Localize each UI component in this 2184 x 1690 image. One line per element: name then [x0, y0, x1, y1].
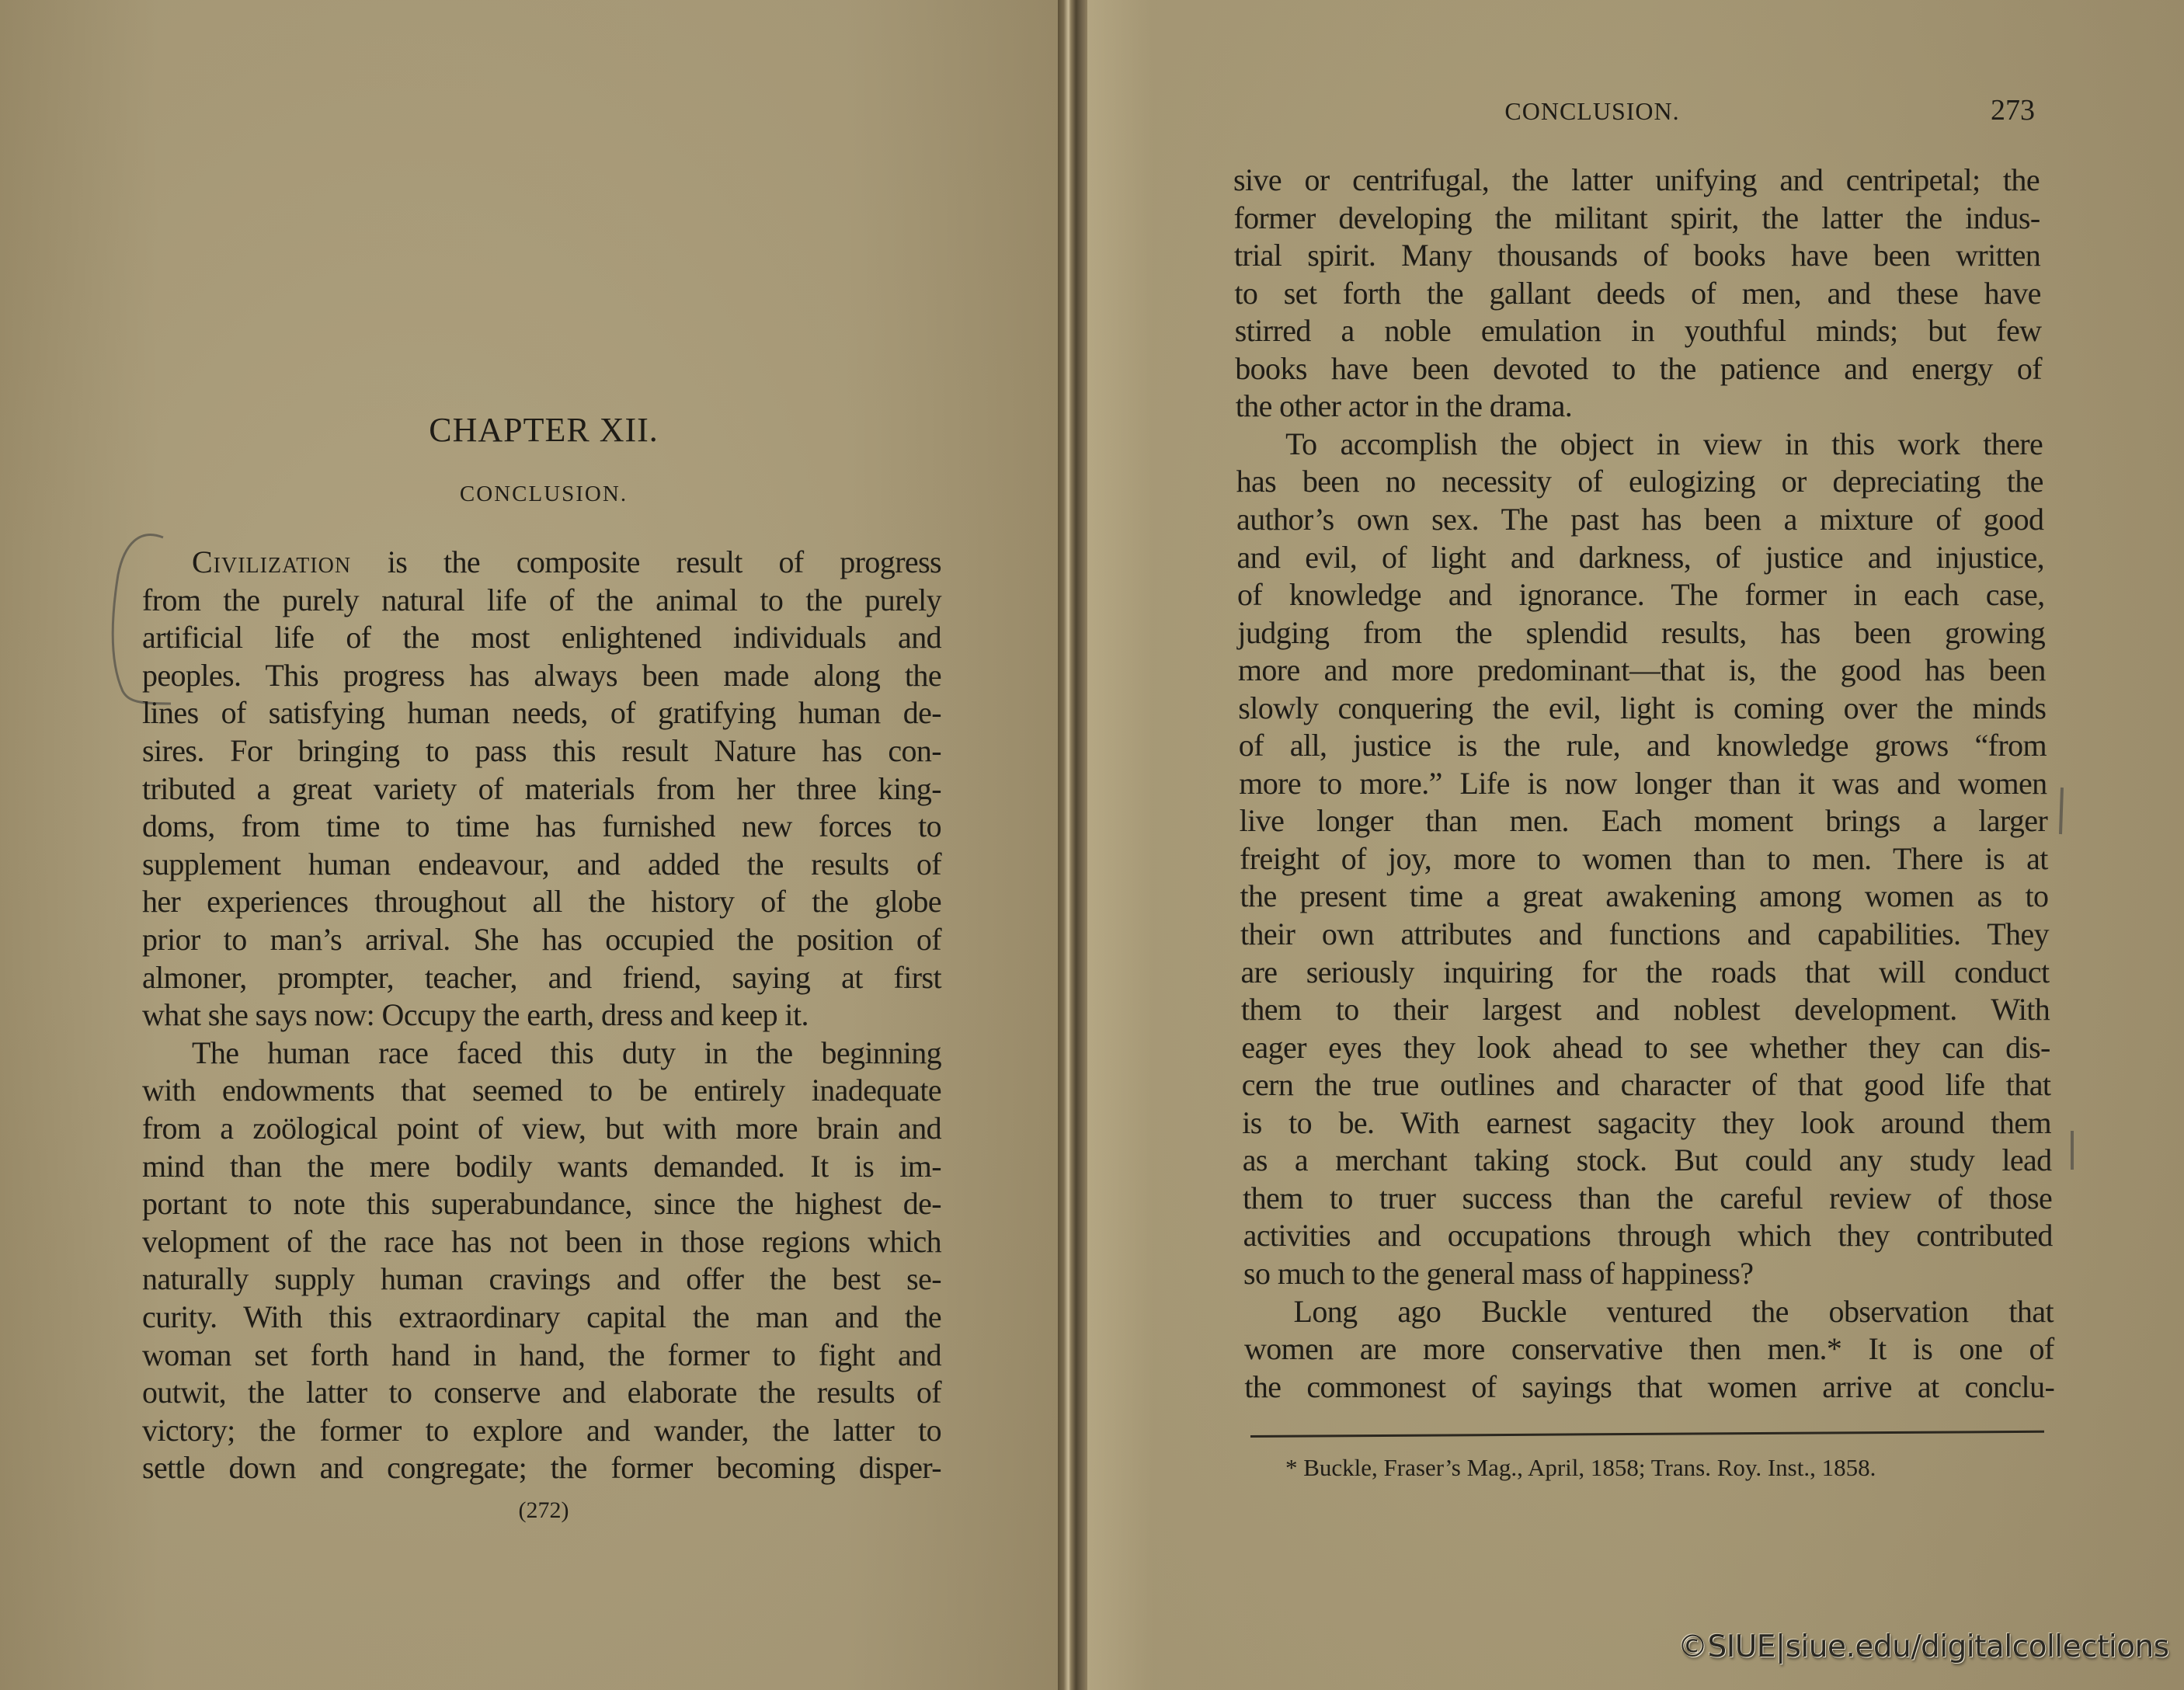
text-line: woman set forth hand in hand, the former… [142, 1337, 941, 1374]
book-spread: CHAPTER XII. CONCLUSION. Civilization is… [0, 0, 2184, 1690]
left-page: CHAPTER XII. CONCLUSION. Civilization is… [0, 0, 1058, 1690]
book-spine-gutter [1058, 0, 1087, 1690]
text-line: to set forth the gallant deeds of men, a… [1234, 275, 2040, 312]
page-number-273: 273 [1957, 93, 2035, 127]
text-line: is to be. With earnest sagacity they loo… [1242, 1104, 2051, 1142]
text-line: freight of joy, more to women than to me… [1240, 840, 2048, 878]
text-line: more to more.” Life is now longer than i… [1239, 765, 2047, 802]
text-line: Civilization is the composite result of … [192, 544, 941, 581]
text-line: artificial life of the most enlightened … [142, 619, 941, 656]
text-line: settle down and congregate; the former b… [142, 1449, 941, 1487]
text-line: women are more conservative then men.* I… [1244, 1330, 2054, 1368]
running-head: CONCLUSION. [1429, 97, 1755, 126]
text-line: books have been devoted to the patience … [1235, 350, 2042, 388]
chapter-title: CHAPTER XII. [388, 410, 699, 450]
text-line: the commonest of sayings that women arri… [1244, 1368, 2054, 1406]
text-line: so much to the general mass of happiness… [1243, 1255, 2053, 1292]
text-line: curity. With this extraordinary capital … [142, 1299, 941, 1336]
watermark-siue: ©SIUE|siue.edu/digitalcollections [1678, 1629, 2169, 1664]
text-line: velopment of the race has not been in th… [142, 1223, 941, 1261]
text-line: of all, justice is the rule, and knowled… [1239, 727, 2047, 764]
text-line: sive or centrifugal, the latter unifying… [1233, 162, 2040, 199]
footnote: * Buckle, Fraser’s Mag., April, 1858; Tr… [1285, 1454, 1876, 1482]
text-line: more and more predominant—that is, the g… [1238, 652, 2046, 689]
text-line: her experiences throughout all the histo… [142, 883, 941, 920]
text-line: naturally supply human cravings and offe… [142, 1261, 941, 1298]
text-line: and evil, of light and darkness, of just… [1237, 539, 2045, 576]
text-line: portant to note this superabundance, sin… [142, 1185, 941, 1222]
text-line: them to their largest and noblest develo… [1241, 991, 2050, 1028]
text-line: judging from the splendid results, has b… [1237, 614, 2045, 652]
page-number-272: (272) [466, 1497, 621, 1524]
text-line: has been no necessity of eulogizing or d… [1236, 463, 2043, 500]
text-line: sires. For bringing to pass this result … [142, 732, 941, 770]
text-line: prior to man’s arrival. She has occupied… [142, 921, 941, 958]
text-line: from the purely natural life of the anim… [142, 582, 941, 619]
text-line: from a zoölogical point of view, but wit… [142, 1110, 941, 1147]
pencil-margin-mark-2 [2064, 1128, 2080, 1174]
first-word-smallcaps: Civilization [192, 544, 351, 579]
text-line: former developing the militant spirit, t… [1233, 200, 2040, 237]
text-line: what she says now: Occupy the earth, dre… [142, 996, 941, 1034]
text-line: are seriously inquiring for the roads th… [1240, 954, 2049, 991]
text-line: stirred a noble emulation in youthful mi… [1235, 312, 2042, 349]
text-line: with endowments that seemed to be entire… [142, 1072, 941, 1109]
text-line: them to truer success than the careful r… [1243, 1180, 2052, 1217]
text-line: their own attributes and functions and c… [1240, 916, 2049, 953]
text-line: trial spirit. Many thousands of books ha… [1234, 237, 2040, 274]
text-line: as a merchant taking stock. But could an… [1243, 1142, 2052, 1179]
text-line: victory; the former to explore and wande… [142, 1412, 941, 1449]
text-line: peoples. This progress has always been m… [142, 657, 941, 694]
text-line: tributed a great variety of materials fr… [142, 770, 941, 808]
text-line: doms, from time to time has furnished ne… [142, 808, 941, 845]
text-line: almoner, prompter, teacher, and friend, … [142, 959, 941, 996]
text-line: slowly conquering the evil, light is com… [1238, 690, 2046, 727]
text-line: Long ago Buckle ventured the observation… [1294, 1293, 2054, 1330]
text-line: author’s own sex. The past has been a mi… [1236, 501, 2043, 538]
text-line: The human race faced this duty in the be… [192, 1035, 941, 1072]
text-line: activities and occupations through which… [1243, 1217, 2053, 1254]
text-line: eager eyes they look ahead to see whethe… [1241, 1029, 2050, 1066]
text-line: the present time a great awakening among… [1240, 878, 2049, 915]
text-line: mind than the mere bodily wants demanded… [142, 1148, 941, 1185]
text-line-content: is the composite result of progress [388, 544, 941, 579]
chapter-subtitle: CONCLUSION. [388, 482, 699, 507]
text-line: lines of satisfying human needs, of grat… [142, 694, 941, 732]
text-line: outwit, the latter to conserve and elabo… [142, 1374, 941, 1411]
text-line: of knowledge and ignorance. The former i… [1237, 576, 2045, 614]
text-line: To accomplish the object in view in this… [1285, 426, 2043, 463]
pencil-margin-mark-1 [2054, 784, 2070, 839]
text-line: live longer than men. Each moment brings… [1240, 802, 2048, 840]
text-line: the other actor in the drama. [1236, 388, 2043, 425]
text-line: supplement human endeavour, and added th… [142, 846, 941, 883]
text-line: cern the true outlines and character of … [1242, 1066, 2051, 1104]
